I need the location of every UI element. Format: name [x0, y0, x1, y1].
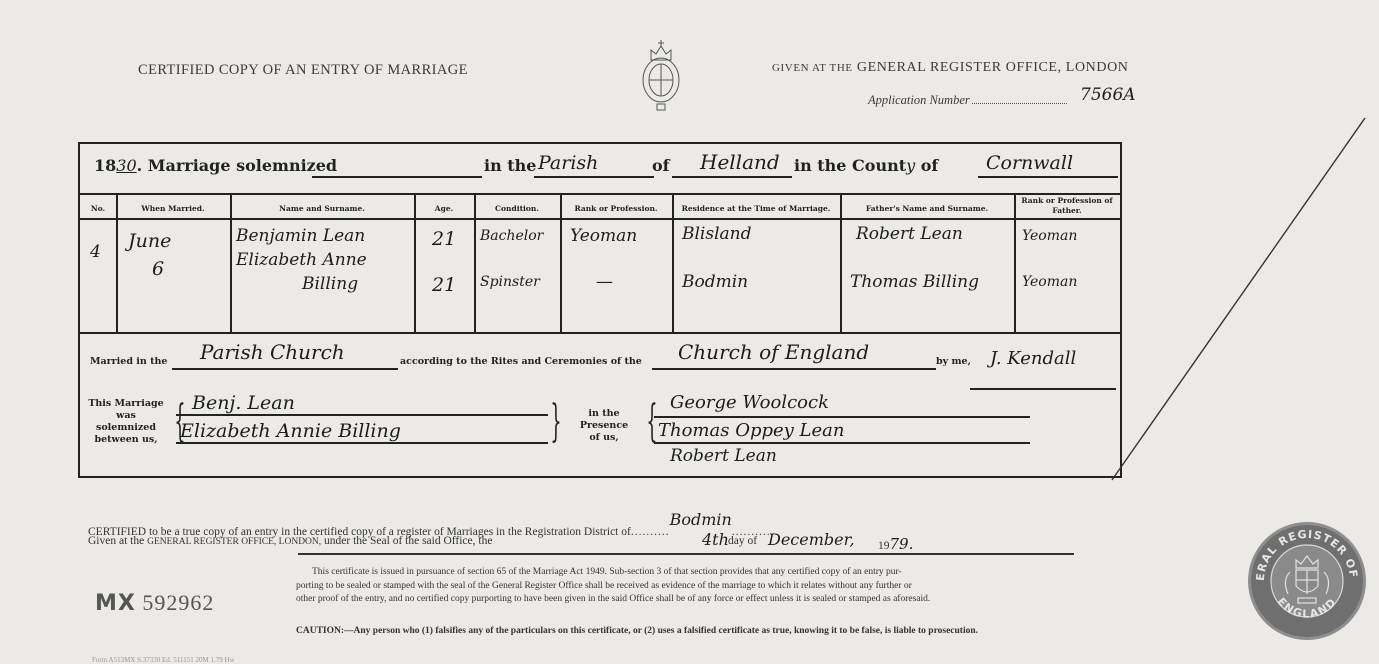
groom-signature: Benj. Lean [192, 392, 295, 414]
certificate-serial: MX 592962 [95, 590, 214, 616]
legal-footnote: This certificate is issued in pursuance … [296, 566, 1076, 607]
col-age: Age. [414, 199, 474, 219]
entry-number: 4 [90, 242, 101, 262]
application-label: Application Number [868, 93, 970, 107]
registration-district: Bodmin [670, 510, 732, 529]
in-the-label: in the [484, 156, 536, 175]
bride-father-rank: Yeoman [1022, 274, 1077, 290]
bride-age: 21 [432, 274, 456, 296]
witness-1: George Woolcock [670, 392, 829, 413]
place-type: Parish [538, 152, 598, 174]
groom-condition: Bachelor [480, 228, 543, 244]
bride-rank: — [596, 272, 613, 292]
groom-residence: Blisland [682, 224, 752, 244]
royal-crest-icon [640, 38, 682, 112]
rites-denomination: Church of England [678, 340, 869, 364]
cancellation-line [1100, 110, 1379, 490]
col-rank: Rank or Profession. [560, 199, 672, 219]
by-me-label: by me, [936, 356, 971, 367]
marriage-day: 6 [152, 258, 164, 280]
application-number: 7566A [1080, 85, 1136, 105]
groom-father: Robert Lean [856, 224, 963, 244]
county-label: in the County of [794, 156, 938, 175]
bride-father: Thomas Billing [850, 272, 979, 292]
marriage-month: June [128, 230, 171, 252]
presence-label: in the Presence of us, [574, 408, 634, 444]
of-label: of [652, 156, 670, 175]
day-of-label: day of [728, 535, 757, 547]
col-when-married: When Married. [116, 199, 230, 219]
document-title: CERTIFIED COPY OF AN ENTRY OF MARRIAGE [138, 62, 468, 79]
register-heading: 1830. Marriage solemnized [94, 156, 337, 175]
married-in-place: Parish Church [200, 340, 345, 364]
married-in-label: Married in the [90, 356, 167, 367]
col-name: Name and Surname. [230, 199, 414, 219]
parish-name: Helland [700, 150, 780, 174]
solemnized-label: This Marriage was solemnized between us, [84, 398, 168, 446]
col-no: No. [80, 199, 116, 219]
groom-rank: Yeoman [570, 226, 637, 246]
office-name: GENERAL REGISTER OFFICE, LONDON [857, 60, 1129, 75]
witness-brace: { [646, 400, 657, 444]
certification-month: December, [768, 530, 855, 549]
col-condition: Condition. [474, 199, 560, 219]
county-name: Cornwall [986, 152, 1073, 174]
register-entry-box: 1830. Marriage solemnized in the Parish … [78, 142, 1122, 478]
bride-name: Elizabeth Anne [236, 250, 367, 270]
certification-rule [298, 553, 1074, 555]
groom-name: Benjamin Lean [236, 226, 365, 246]
certification-line-2: Given at the General Register Office, Lo… [88, 535, 492, 547]
witness-2: Thomas Oppey Lean [658, 420, 844, 441]
certification-year: 1979. [878, 535, 913, 553]
groom-father-rank: Yeoman [1022, 228, 1077, 244]
bride-signature: Elizabeth Annie Billing [180, 420, 401, 442]
officiant-signature: J. Kendall [990, 348, 1076, 369]
given-prefix: Given at the [772, 62, 853, 74]
bride-condition: Spinster [480, 274, 540, 290]
right-brace: } [550, 400, 561, 444]
issuing-office: Given at the GENERAL REGISTER OFFICE, LO… [772, 60, 1129, 76]
certification-day: 4th [702, 530, 729, 549]
form-code: Form A513MX S.37330 Ed. 511151 20M 1.79 … [92, 656, 235, 664]
general-register-office-seal: GENERAL REGISTER OFFICE ENGLAND [1246, 520, 1368, 642]
caution-notice: CAUTION:—Any person who (1) falsifies an… [296, 626, 978, 636]
bride-surname: Billing [302, 274, 358, 294]
witness-3: Robert Lean [670, 446, 777, 466]
groom-age: 21 [432, 228, 456, 250]
rites-label: according to the Rites and Ceremonies of… [400, 356, 642, 367]
col-father-name: Father's Name and Surname. [840, 199, 1014, 219]
application-number-field: Application Number 7566A [868, 93, 1067, 108]
bride-residence: Bodmin [682, 272, 748, 292]
col-residence: Residence at the Time of Marriage. [672, 199, 840, 219]
register-year: 30 [116, 156, 136, 175]
